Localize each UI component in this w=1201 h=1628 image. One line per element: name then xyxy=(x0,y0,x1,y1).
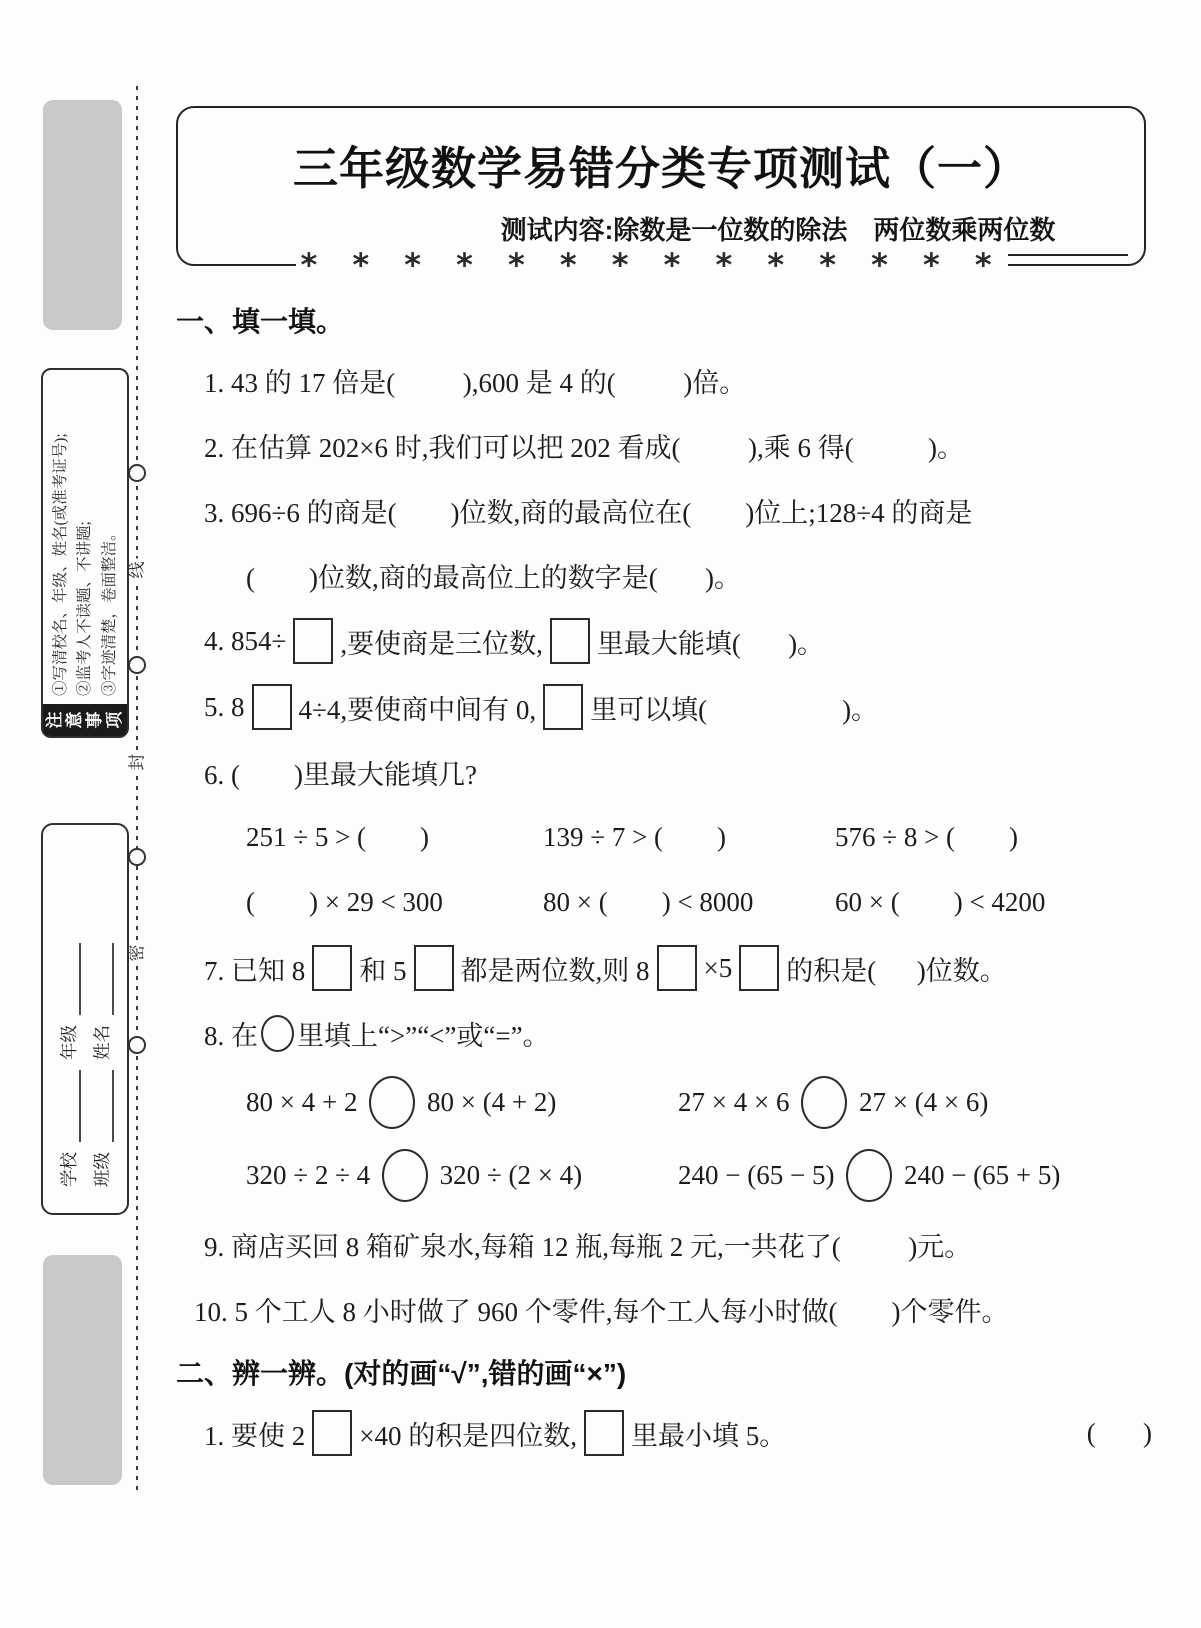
question-text: 320 ÷ (2 × 4) xyxy=(433,1160,582,1191)
compare-circle[interactable] xyxy=(846,1149,892,1202)
compare-circle[interactable] xyxy=(801,1076,847,1129)
fill-in-square[interactable] xyxy=(252,684,292,730)
expression-column: ( ) × 29 < 300 xyxy=(246,887,543,918)
question-text: 8. 在 xyxy=(204,1014,258,1053)
q1: 1. 43 的 17 倍是( ),600 是 4 的( )倍。 xyxy=(176,358,1152,403)
school-label: 学校 xyxy=(56,1152,81,1187)
test-scope-subtitle: 测试内容:除数是一位数的除法 两位数乘两位数 xyxy=(501,215,1056,245)
q6: 6. ( )里最大能填几? xyxy=(176,750,1152,795)
notice-label: 注意事项 xyxy=(43,704,127,736)
q7: 7. 已知 8和 5都是两位数,则 8×5的积是( )位数。 xyxy=(176,945,1152,991)
expression-column: 27 × 4 × 6 27 × (4 × 6) xyxy=(678,1076,1152,1129)
grade-label: 年级 xyxy=(56,1025,81,1060)
q6-row1: 251 ÷ 5 > ( )139 ÷ 7 > ( )576 ÷ 8 > ( ) xyxy=(176,815,1152,860)
question-text: 7. 已知 8 xyxy=(204,949,305,988)
seal-line-circle xyxy=(128,1036,146,1054)
question-text: ×40 的积是四位数, xyxy=(359,1414,577,1453)
info-line-school-grade: 学校 年级 xyxy=(56,851,81,1187)
expression-column: 80 × 4 + 2 80 × (4 + 2) xyxy=(246,1076,678,1129)
seal-dotted-line xyxy=(136,86,138,1490)
redacted-block-bottom xyxy=(43,1255,122,1485)
q8: 8. 在里填上“>”“<”或“=”。 xyxy=(176,1011,1152,1056)
question-text: 6. ( )里最大能填几? xyxy=(204,753,477,792)
seal-char-xian: 线 xyxy=(128,559,147,582)
question-text: 里可以填( )。 xyxy=(590,688,878,727)
name-blank[interactable] xyxy=(98,943,114,1015)
expression-column: 80 × ( ) < 8000 xyxy=(543,887,835,918)
seal-line-circle xyxy=(128,848,146,866)
expression-column: 60 × ( ) < 4200 xyxy=(835,887,1152,918)
question-text: 10. 5 个工人 8 小时做了 960 个零件,每个工人每小时做( )个零件。 xyxy=(194,1290,1008,1329)
question-text: 240 − (65 − 5) xyxy=(678,1160,841,1191)
notice-item-1: ①写清校名、年级、姓名(或准考证号); xyxy=(52,378,70,696)
question-text: 60 × ( ) < 4200 xyxy=(835,887,1045,918)
expression-column: 251 ÷ 5 > ( ) xyxy=(246,822,543,853)
question-text: 320 ÷ 2 ÷ 4 xyxy=(246,1160,377,1191)
title-box: 三年级数学易错分类专项测试（一） 测试内容:除数是一位数的除法 两位数乘两位数 xyxy=(176,106,1146,266)
q9: 9. 商店买回 8 箱矿泉水,每箱 12 瓶,每瓶 2 元,一共花了( )元。 xyxy=(176,1222,1152,1267)
fill-in-square[interactable] xyxy=(312,1410,352,1456)
expression-column: 240 − (65 − 5) 240 − (65 + 5) xyxy=(678,1149,1152,1202)
question-text: 27 × (4 × 6) xyxy=(852,1087,988,1118)
grade-blank[interactable] xyxy=(65,943,81,1015)
class-label: 班级 xyxy=(89,1152,114,1187)
q8-row1: 80 × 4 + 2 80 × (4 + 2)27 × 4 × 6 27 × (… xyxy=(176,1076,1152,1129)
q8-row2: 320 ÷ 2 ÷ 4 320 ÷ (2 × 4)240 − (65 − 5) … xyxy=(176,1149,1152,1202)
question-text: 4÷4,要使商中间有 0, xyxy=(299,688,537,727)
seal-line-circle xyxy=(128,464,146,482)
question-text: ( )位数,商的最高位上的数字是( )。 xyxy=(246,556,741,595)
notice-item-2: ②监考人不读题、不讲题; xyxy=(76,378,94,696)
asterisk-divider: * * * * * * * * * * * * * * * * * * * * … xyxy=(296,250,1008,282)
q4: 4. 854÷,要使商是三位数,里最大能填( )。 xyxy=(176,618,1152,664)
question-text: 251 ÷ 5 > ( ) xyxy=(246,822,429,853)
question-text: 里最大能填( )。 xyxy=(597,622,824,661)
school-blank[interactable] xyxy=(65,1070,81,1142)
info-line-class-name: 班级 姓名 xyxy=(89,851,114,1187)
redacted-block-top xyxy=(43,100,122,330)
question-area: 一、填一填。1. 43 的 17 倍是( ),600 是 4 的( )倍。2. … xyxy=(176,300,1152,1476)
question-text: 1. 43 的 17 倍是( ),600 是 4 的( )倍。 xyxy=(204,361,746,400)
question-text: 的积是( )位数。 xyxy=(786,949,1006,988)
question-text: 4. 854÷ xyxy=(204,626,286,657)
student-info-box: 学校 年级 班级 姓名 xyxy=(41,823,129,1215)
expression-column: 576 ÷ 8 > ( ) xyxy=(835,822,1152,853)
question-text: 2. 在估算 202×6 时,我们可以把 202 看成( ),乘 6 得( )。 xyxy=(204,426,964,465)
notice-box: 注意事项 ①写清校名、年级、姓名(或准考证号); ②监考人不读题、不讲题; ③字… xyxy=(41,368,129,738)
question-text: 里填上“>”“<”或“=”。 xyxy=(297,1014,550,1053)
question-text: 576 ÷ 8 > ( ) xyxy=(835,822,1018,853)
q5: 5. 84÷4,要使商中间有 0,里可以填( )。 xyxy=(176,684,1152,730)
question-text: ( ) xyxy=(1087,1418,1152,1449)
s2-q1: 1. 要使 2×40 的积是四位数,里最小填 5。( ) xyxy=(176,1410,1152,1456)
q3-line2: ( )位数,商的最高位上的数字是( )。 xyxy=(176,553,1152,598)
q6-row2: ( ) × 29 < 30080 × ( ) < 800060 × ( ) < … xyxy=(176,880,1152,925)
notice-item-3: ③字迹清楚，卷面整洁。 xyxy=(101,378,119,696)
worksheet-page: 线 封 密 注意事项 ①写清校名、年级、姓名(或准考证号); ②监考人不读题、不… xyxy=(0,0,1201,1628)
class-blank[interactable] xyxy=(98,1070,114,1142)
expression-column: 139 ÷ 7 > ( ) xyxy=(543,822,835,853)
question-text: 80 × 4 + 2 xyxy=(246,1087,364,1118)
q2: 2. 在估算 202×6 时,我们可以把 202 看成( ),乘 6 得( )。 xyxy=(176,423,1152,468)
question-text: 都是两位数,则 8 xyxy=(461,949,650,988)
question-text: 27 × 4 × 6 xyxy=(678,1087,796,1118)
page-title: 三年级数学易错分类专项测试（一） xyxy=(178,132,1144,197)
question-text: 5. 8 xyxy=(204,692,245,723)
question-text: 240 − (65 + 5) xyxy=(897,1160,1060,1191)
question-text: ,要使商是三位数, xyxy=(340,622,543,661)
seal-char-feng: 封 xyxy=(128,751,147,774)
compare-circle[interactable] xyxy=(382,1149,428,1202)
fill-in-square[interactable] xyxy=(584,1410,624,1456)
q10: 10. 5 个工人 8 小时做了 960 个零件,每个工人每小时做( )个零件。 xyxy=(176,1287,1152,1332)
question-text: ×5 xyxy=(704,953,733,984)
section-2-title: 二、辨一辨。(对的画“√”,错的画“×”) xyxy=(176,1352,1152,1392)
seal-char-mi: 密 xyxy=(128,942,147,965)
fill-in-square[interactable] xyxy=(739,945,779,991)
name-label: 姓名 xyxy=(89,1025,114,1060)
question-text: 和 5 xyxy=(359,949,406,988)
expression-column: 320 ÷ 2 ÷ 4 320 ÷ (2 × 4) xyxy=(246,1149,678,1202)
seal-line-circle xyxy=(128,656,146,674)
fill-in-square[interactable] xyxy=(550,618,590,664)
question-text: 139 ÷ 7 > ( ) xyxy=(543,822,726,853)
fill-in-square[interactable] xyxy=(414,945,454,991)
question-text: 80 × ( ) < 8000 xyxy=(543,887,753,918)
fill-in-square[interactable] xyxy=(312,945,352,991)
fill-in-square[interactable] xyxy=(657,945,697,991)
question-text: 80 × (4 + 2) xyxy=(420,1087,556,1118)
q3-line1: 3. 696÷6 的商是( )位数,商的最高位在( )位上;128÷4 的商是 xyxy=(176,488,1152,533)
question-text: 一、填一填。 xyxy=(176,300,344,340)
question-text: 3. 696÷6 的商是( )位数,商的最高位在( )位上;128÷4 的商是 xyxy=(204,491,972,530)
question-text: 二、辨一辨。(对的画“√”,错的画“×”) xyxy=(176,1352,626,1392)
question-text: 里最小填 5。 xyxy=(631,1414,786,1453)
fill-in-square[interactable] xyxy=(293,618,333,664)
section-1-title: 一、填一填。 xyxy=(176,300,1152,340)
compare-circle[interactable] xyxy=(261,1015,294,1052)
compare-circle[interactable] xyxy=(369,1076,415,1129)
question-text: ( ) × 29 < 300 xyxy=(246,887,443,918)
question-text: 1. 要使 2 xyxy=(204,1414,305,1453)
question-text: 9. 商店买回 8 箱矿泉水,每箱 12 瓶,每瓶 2 元,一共花了( )元。 xyxy=(204,1225,971,1264)
fill-in-square[interactable] xyxy=(543,684,583,730)
